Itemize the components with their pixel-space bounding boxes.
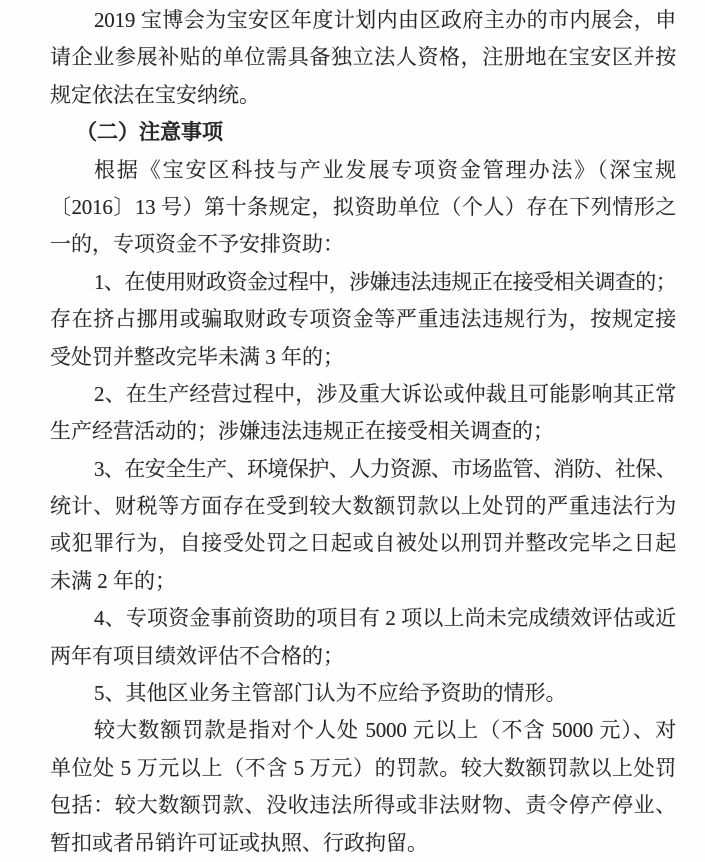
text-line: 1、在使用财政资金过程中，涉嫌违法违规正在接受相关调查的； — [50, 264, 676, 301]
text-line: 3、在安全生产、环境保护、人力资源、市场监管、消防、社保、 — [50, 451, 676, 488]
text-line: 暂扣或者吊销许可证或执照、行政拘留。 — [50, 825, 690, 862]
text-line: 存在挤占挪用或骗取财政专项资金等严重违法违规行为，按规定接 — [50, 301, 676, 338]
text-line: 未满 2 年的； — [50, 563, 690, 600]
text-line: 4、专项资金事前资助的项目有 2 项以上尚未完成绩效评估或近 — [50, 600, 676, 637]
text-line: 规定依法在宝安纳统。 — [50, 77, 690, 114]
text-line: 统计、财税等方面存在受到较大数额罚款以上处罚的严重违法行为 — [50, 488, 676, 525]
text-line: 受处罚并整改完毕未满 3 年的； — [50, 339, 690, 376]
text-line: 两年有项目绩效评估不合格的； — [50, 638, 690, 675]
text-line: 2019 宝博会为宝安区年度计划内由区政府主办的市内展会，申 — [50, 2, 676, 39]
text-line: 请企业参展补贴的单位需具备独立法人资格，注册地在宝安区并按 — [50, 39, 676, 76]
list-item-2: 2、在生产经营过程中，涉及重大诉讼或仲裁且可能影响其正常 生产经营活动的；涉嫌违… — [50, 376, 690, 451]
text-line: 或犯罪行为，自接受处罚之日起或自被处以刑罚并整改完毕之日起 — [50, 525, 676, 562]
document-content: 2019 宝博会为宝安区年度计划内由区政府主办的市内展会，申 请企业参展补贴的单… — [50, 2, 690, 862]
text-line: 〔2016〕13 号）第十条规定，拟资助单位（个人）存在下列情形之 — [50, 189, 676, 226]
list-item-3: 3、在安全生产、环境保护、人力资源、市场监管、消防、社保、 统计、财税等方面存在… — [50, 451, 690, 601]
list-item-1: 1、在使用财政资金过程中，涉嫌违法违规正在接受相关调查的； 存在挤占挪用或骗取财… — [50, 264, 690, 376]
list-item-5: 5、其他区业务主管部门认为不应给予资助的情形。 — [50, 675, 690, 712]
document-page: 2019 宝博会为宝安区年度计划内由区政府主办的市内展会，申 请企业参展补贴的单… — [0, 0, 705, 862]
text-line: 5、其他区业务主管部门认为不应给予资助的情形。 — [50, 675, 690, 712]
paragraph-basis: 根据《宝安区科技与产业发展专项资金管理办法》（深宝规 〔2016〕13 号）第十… — [50, 152, 690, 264]
text-line: 根据《宝安区科技与产业发展专项资金管理办法》（深宝规 — [50, 152, 676, 189]
text-line: 2、在生产经营过程中，涉及重大诉讼或仲裁且可能影响其正常 — [50, 376, 676, 413]
text-line: 单位处 5 万元以上（不含 5 万元）的罚款。较大数额罚款以上处罚 — [50, 750, 676, 787]
paragraph-penalty-definition: 较大数额罚款是指对个人处 5000 元以上（不含 5000 元）、对 单位处 5… — [50, 712, 690, 862]
text-line: 生产经营活动的；涉嫌违法违规正在接受相关调查的； — [50, 413, 690, 450]
paragraph-intro: 2019 宝博会为宝安区年度计划内由区政府主办的市内展会，申 请企业参展补贴的单… — [50, 2, 690, 114]
section-heading-notes: （二）注意事项 — [50, 114, 690, 151]
section-heading-text: （二）注意事项 — [50, 114, 690, 151]
list-item-4: 4、专项资金事前资助的项目有 2 项以上尚未完成绩效评估或近 两年有项目绩效评估… — [50, 600, 690, 675]
text-line: 包括：较大数额罚款、没收违法所得或非法财物、责令停产停业、 — [50, 787, 676, 824]
text-line: 一的，专项资金不予安排资助： — [50, 226, 690, 263]
text-line: 较大数额罚款是指对个人处 5000 元以上（不含 5000 元）、对 — [50, 712, 676, 749]
